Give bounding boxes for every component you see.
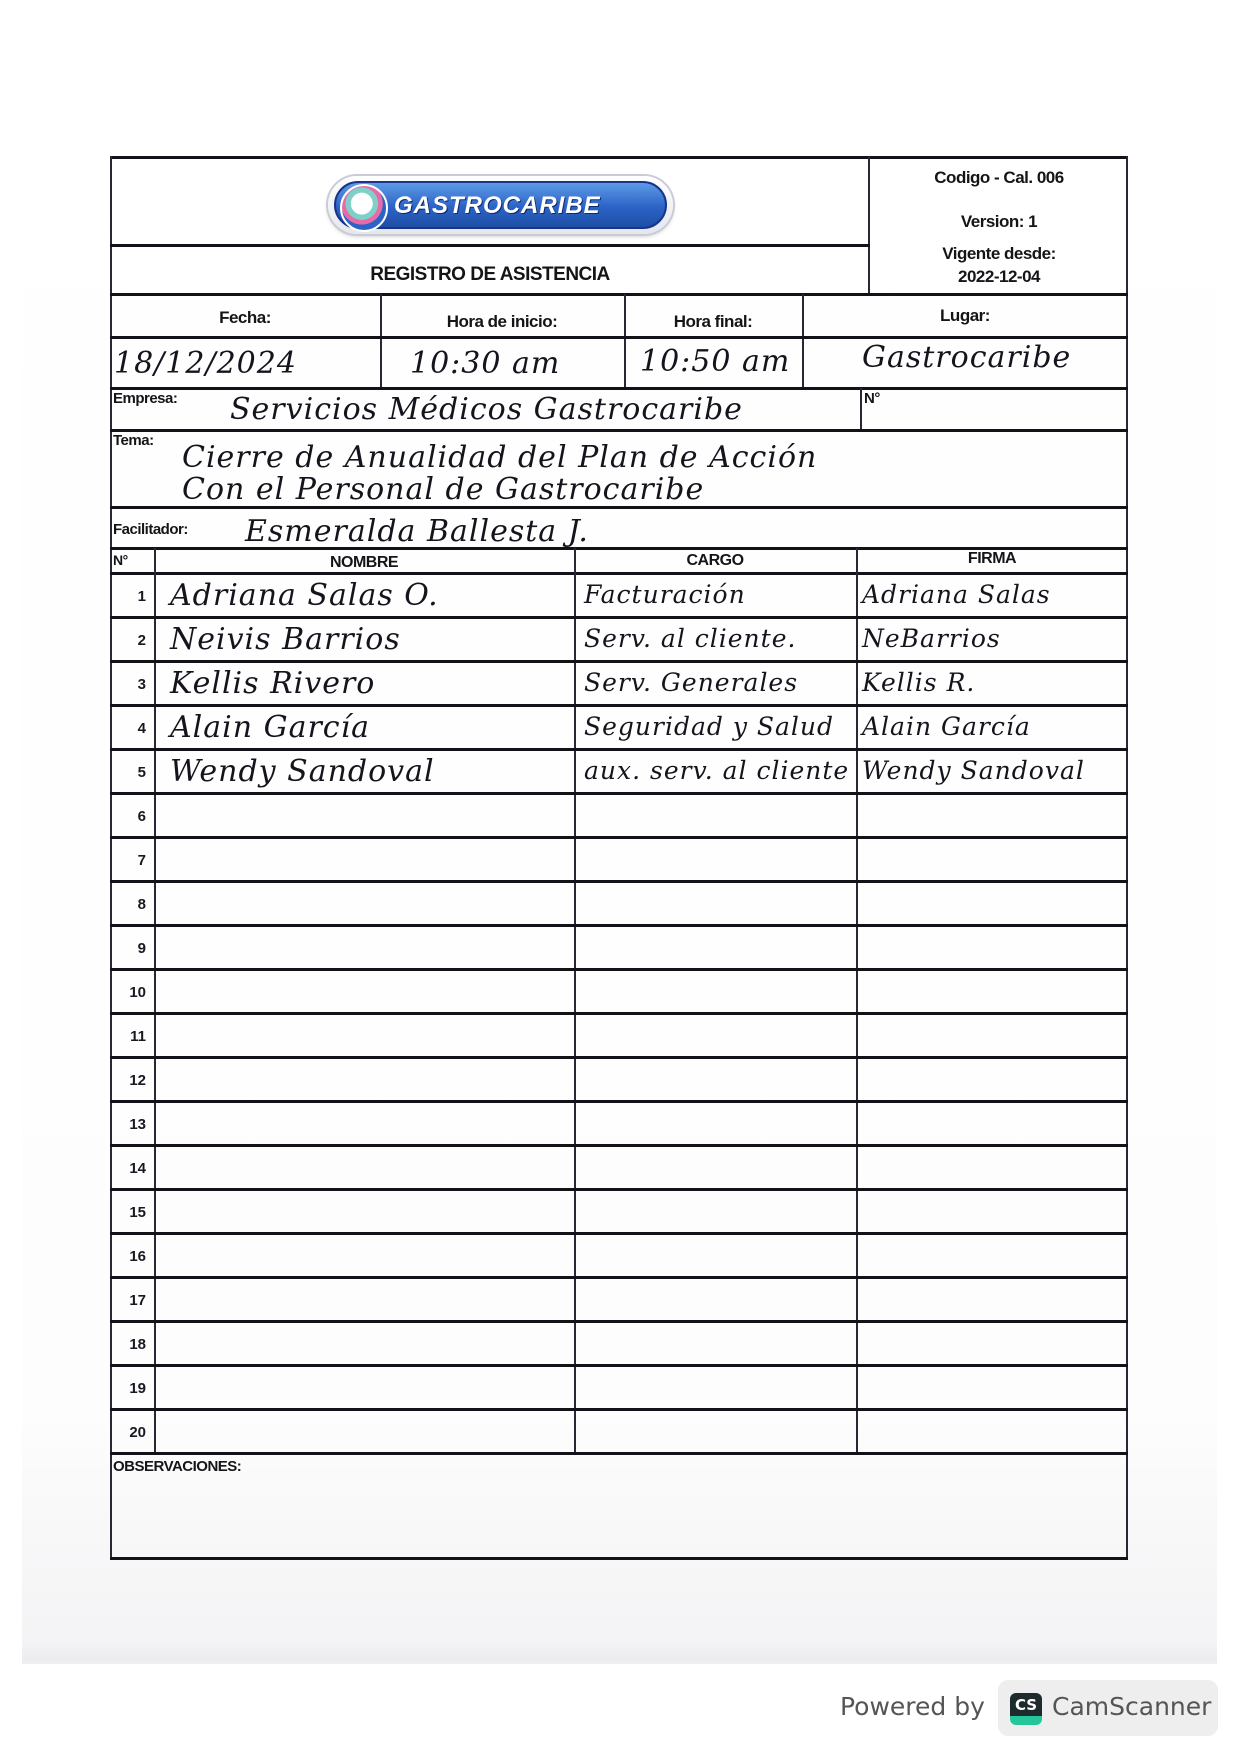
form-code: Codigo - Cal. 006 xyxy=(870,168,1128,188)
row-number: 18 xyxy=(116,1336,146,1353)
tema-line-2[interactable]: Con el Personal de Gastrocaribe xyxy=(182,472,704,507)
camscanner-name: CamScanner xyxy=(1052,1692,1211,1721)
fecha-label: Fecha: xyxy=(110,308,380,328)
table-row: 6 xyxy=(110,794,1128,838)
table-row: 10 xyxy=(110,970,1128,1014)
col-firma-header: FIRMA xyxy=(856,550,1128,568)
row-number: 15 xyxy=(116,1204,146,1221)
cell-firma[interactable]: Alain García xyxy=(862,712,1031,741)
powered-by-text: Powered by xyxy=(840,1692,985,1721)
observaciones-field[interactable] xyxy=(114,1480,1122,1554)
valid-from-date: 2022-12-04 xyxy=(870,267,1128,287)
table-row: 14 xyxy=(110,1146,1128,1190)
row-number: 13 xyxy=(116,1116,146,1133)
tema-line-1[interactable]: Cierre de Anualidad del Plan de Acción xyxy=(182,440,817,475)
col-cargo-header: CARGO xyxy=(574,552,856,570)
tema-label: Tema: xyxy=(113,432,154,449)
hora-inicio-value[interactable]: 10:30 am xyxy=(410,346,560,381)
cell-cargo[interactable]: aux. serv. al cliente xyxy=(584,756,849,785)
table-row: 9 xyxy=(110,926,1128,970)
row-number: 7 xyxy=(116,852,146,869)
table-row: 11 xyxy=(110,1014,1128,1058)
row-divider xyxy=(110,1452,1128,1455)
row-number: 8 xyxy=(116,896,146,913)
cell-nombre[interactable]: Alain García xyxy=(170,710,370,745)
row-number: 5 xyxy=(116,764,146,781)
row-number: 20 xyxy=(116,1424,146,1441)
row-number: 2 xyxy=(116,632,146,649)
table-row: 2Neivis BarriosServ. al cliente.NeBarrio… xyxy=(110,618,1128,662)
table-row: 17 xyxy=(110,1278,1128,1322)
row-number: 1 xyxy=(116,588,146,605)
form-version: Version: 1 xyxy=(870,212,1128,232)
cell-nombre[interactable]: Adriana Salas O. xyxy=(170,578,439,613)
col-num-header: N° xyxy=(113,552,128,568)
cell-cargo[interactable]: Serv. al cliente. xyxy=(584,624,796,653)
row-number: 9 xyxy=(116,940,146,957)
facilitador-value[interactable]: Esmeralda Ballesta J. xyxy=(245,514,589,549)
brand-name: GASTROCARIBE xyxy=(394,192,601,220)
paper-edge xyxy=(22,1640,1217,1664)
cell-firma[interactable]: Kellis R. xyxy=(862,668,975,697)
observaciones-label: OBSERVACIONES: xyxy=(113,1458,241,1475)
table-row: 1Adriana Salas O.FacturaciónAdriana Sala… xyxy=(110,574,1128,618)
empresa-value[interactable]: Servicios Médicos Gastrocaribe xyxy=(230,392,743,427)
table-row: 4Alain GarcíaSeguridad y SaludAlain Garc… xyxy=(110,706,1128,750)
lugar-value[interactable]: Gastrocaribe xyxy=(862,340,1071,375)
numero-label: N° xyxy=(864,390,880,407)
hora-final-label: Hora final: xyxy=(624,312,802,332)
table-row: 13 xyxy=(110,1102,1128,1146)
table-row: 19 xyxy=(110,1366,1128,1410)
camscanner-logo-icon: CS xyxy=(1010,1693,1042,1725)
row-number: 12 xyxy=(116,1072,146,1089)
hora-inicio-label: Hora de inicio: xyxy=(380,312,624,332)
table-row: 15 xyxy=(110,1190,1128,1234)
row-number: 19 xyxy=(116,1380,146,1397)
table-row: 12 xyxy=(110,1058,1128,1102)
form-title: REGISTRO DE ASISTENCIA xyxy=(110,264,870,286)
lugar-label: Lugar: xyxy=(802,306,1128,326)
attendance-form: GASTROCARIBE REGISTRO DE ASISTENCIA Codi… xyxy=(110,156,1128,1560)
cell-firma[interactable]: NeBarrios xyxy=(862,624,1001,653)
cell-nombre[interactable]: Neivis Barrios xyxy=(170,622,401,657)
cell-firma[interactable]: Adriana Salas xyxy=(862,580,1051,609)
row-number: 4 xyxy=(116,720,146,737)
row-number: 3 xyxy=(116,676,146,693)
table-row: 7 xyxy=(110,838,1128,882)
camscanner-badge[interactable]: CS CamScanner xyxy=(998,1680,1218,1736)
brand-mark-icon xyxy=(340,184,388,232)
row-number: 16 xyxy=(116,1248,146,1265)
table-row: 16 xyxy=(110,1234,1128,1278)
table-row: 20 xyxy=(110,1410,1128,1454)
cell-cargo[interactable]: Serv. Generales xyxy=(584,668,798,697)
facilitador-label: Facilitador: xyxy=(113,521,188,538)
row-number: 6 xyxy=(116,808,146,825)
cell-cargo[interactable]: Seguridad y Salud xyxy=(584,712,834,741)
col-nombre-header: NOMBRE xyxy=(154,554,574,572)
cell-firma[interactable]: Wendy Sandoval xyxy=(862,756,1085,785)
row-number: 11 xyxy=(116,1028,146,1045)
table-row: 3Kellis RiveroServ. GeneralesKellis R. xyxy=(110,662,1128,706)
hora-final-value[interactable]: 10:50 am xyxy=(640,344,790,379)
valid-from-label: Vigente desde: xyxy=(870,244,1128,264)
cell-nombre[interactable]: Kellis Rivero xyxy=(170,666,375,701)
row-number: 10 xyxy=(116,984,146,1001)
table-row: 5Wendy Sandovalaux. serv. al clienteWend… xyxy=(110,750,1128,794)
gastrocaribe-logo: GASTROCARIBE xyxy=(328,176,673,234)
table-row: 8 xyxy=(110,882,1128,926)
empresa-label: Empresa: xyxy=(113,390,177,407)
row-number: 14 xyxy=(116,1160,146,1177)
cell-cargo[interactable]: Facturación xyxy=(584,580,746,609)
row-number: 17 xyxy=(116,1292,146,1309)
cell-nombre[interactable]: Wendy Sandoval xyxy=(170,754,435,789)
table-row: 18 xyxy=(110,1322,1128,1366)
fecha-value[interactable]: 18/12/2024 xyxy=(114,346,297,381)
